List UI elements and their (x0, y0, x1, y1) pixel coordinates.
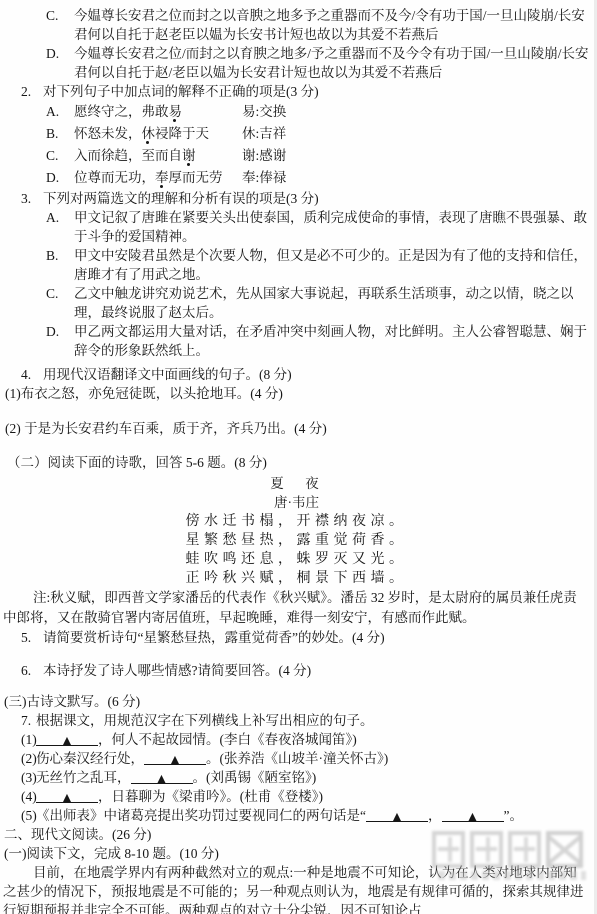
option-text: 甲乙两文都运用大量对话，在矛盾冲突中刻画人物，对比鲜明。主人公睿智聪慧、娴于辞令… (74, 324, 587, 358)
exam-page: C.今媪尊长安君之位而封之以音腴之地多予之重器而不及今/令有功于国/一旦山陵崩/… (0, 0, 597, 914)
option-label: B. (46, 123, 74, 145)
item-post: 。(张养浩《山坡羊·潼关怀古》) (206, 751, 388, 766)
q2-stem: 2.对下列句子中加点词的解释不正确的项是(3 分) (3, 82, 590, 101)
item-post: 。(刘禹锡《陋室铭》) (193, 770, 317, 785)
item-label: (1) (21, 730, 36, 749)
q4-stem: 4.用现代汉语翻译文中面画线的句子。(8 分) (3, 365, 590, 384)
q6-stem: 6.本诗抒发了诗人哪些情感?请简要回答。(4 分) (3, 661, 590, 680)
q7-item-4: (4)▲，日暮聊为《梁甫吟》。(杜甫《登楼》) (3, 787, 590, 806)
question-number: 6. (21, 661, 43, 680)
clause-post: 厚而无劳 (169, 170, 223, 185)
q4-part-1: (1)布衣之怒，亦免冠徒既，以头抢地耳。(4 分) (3, 384, 590, 403)
item-label: (4) (21, 787, 36, 806)
triangle-placeholder-icon: ▲ (157, 772, 165, 785)
option-label: C. (46, 284, 74, 303)
answer-blank: ▲ (131, 768, 193, 784)
question-text: 下列对两篇选文的理解和分析有误的项是(3 分) (43, 191, 319, 206)
option-label: D. (46, 322, 74, 341)
q5-stem: 5.请简要赏析诗句“星繁愁昼热，露重觉荷香”的妙处。(4 分) (3, 628, 590, 647)
q3-option-d: D.甲乙两文都运用大量对话，在矛盾冲突中刻画人物，对比鲜明。主人公睿智聪慧、娴于… (3, 322, 590, 360)
option-text: 今媪尊长安君之位而封之以音腴之地多予之重器而不及今/令有功于国/一旦山陵崩/长安… (74, 8, 585, 42)
q7-item-3: (3)无丝竹之乱耳，▲。(刘禹锡《陋室铭》) (3, 768, 590, 787)
option-clause: 入而徐趋，至而自谢 (74, 145, 242, 167)
reading-paragraph: 目前，在地震学界内有两种截然对立的观点:一种是地震不可知论，认为在人类对地球内部… (3, 863, 590, 914)
option-label: C. (46, 145, 74, 167)
option-text: 甲文中安陵君虽然是个次要人物，但又是必不可少的。正是因为有了他的支持和信任，唐雎… (74, 248, 587, 282)
option-clause: 愿终守之，弗敢易 (74, 101, 242, 123)
q7-stem: 7.根据课文，用规范汉字在下列横线上补写出相应的句子。 (3, 711, 590, 730)
clause-post: 祲降于天 (155, 126, 209, 141)
option-clause: 怀怒未发，休祲降于天 (74, 123, 242, 145)
answer-blank: ▲ (36, 730, 98, 746)
q3-stem: 3.下列对两篇选文的理解和分析有误的项是(3 分) (3, 189, 590, 208)
question-text: 用现代汉语翻译文中面画线的句子。(8 分) (43, 367, 292, 382)
q7-item-5: (5)《出师表》中诸葛亮提出奖功罚过要视同仁的两句话是“▲，▲”。 (3, 806, 590, 825)
item-pre: 无丝竹之乱耳， (36, 770, 131, 785)
item-label: (5) (21, 806, 36, 825)
q3-option-a: A.甲文记叙了唐雎在紧要关头出使泰国，质利完成使命的事情，表现了唐瞧不畏强暴、敢… (3, 208, 590, 246)
section-ii-heading: 二、现代文阅读。(26 分) (3, 825, 590, 844)
q1-option-c: C.今媪尊长安君之位而封之以音腴之地多予之重器而不及今/令有功于国/一旦山陵崩/… (3, 6, 590, 44)
exam-content: C.今媪尊长安君之位而封之以音腴之地多予之重器而不及今/令有功于国/一旦山陵崩/… (3, 6, 590, 914)
poem-author: 唐·韦庄 (3, 493, 590, 512)
item-mid: ， (428, 808, 442, 823)
triangle-placeholder-icon: ▲ (393, 810, 401, 823)
question-number: 4. (21, 365, 43, 384)
dotted-word: 易 (169, 104, 183, 119)
option-text: 甲文记叙了唐雎在紧要关头出使泰国，质利完成使命的事情，表现了唐瞧不畏强暴、敢于斗… (74, 210, 587, 244)
word-gloss: 奉:俸禄 (242, 170, 286, 185)
triangle-placeholder-icon: ▲ (63, 791, 71, 804)
dotted-word: 奉 (155, 170, 169, 185)
section-3-heading: (三)古诗文默写。(6 分) (3, 692, 590, 711)
section-2-heading: （二）阅读下面的诗歌，回答 5-6 题。(8 分) (3, 453, 590, 472)
dotted-word: 休 (142, 126, 156, 141)
option-label: A. (46, 101, 74, 123)
option-text: 今媪尊长安君之位/而封之以育腴之地多/予之重器而不及今令有功于国/一旦山陵崩/长… (74, 46, 589, 80)
answer-blank: ▲ (36, 787, 98, 803)
clause-pre: 入而徐趋，至而自 (74, 148, 182, 163)
item-post: ”。 (504, 808, 524, 823)
question-text: 根据课文，用规范汉字在下列横线上补写出相应的句子。 (36, 713, 374, 728)
option-label: D. (46, 167, 74, 189)
answer-blank: ▲ (366, 806, 428, 822)
item-label: (2) (21, 749, 36, 768)
clause-pre: 怀怒未发， (74, 126, 142, 141)
clause-pre: 位尊而无功， (74, 170, 155, 185)
answer-blank: ▲ (442, 806, 504, 822)
item-pre: 伤心秦汉经行处， (36, 751, 144, 766)
poem-line: 正吟秋兴赋，桐景下西墙。 (3, 569, 590, 588)
part-text: 布衣之怒，亦免冠徒既，以头抢地耳。(4 分) (21, 386, 283, 401)
triangle-placeholder-icon: ▲ (171, 753, 179, 766)
item-label: (3) (21, 768, 36, 787)
q4-part-2: (2) 于是为长安君约车百乘，质于齐，齐兵乃出。(4 分) (3, 419, 590, 438)
item-post: ，日暮聊为《梁甫吟》。(杜甫《登楼》) (98, 789, 323, 804)
part-label: (2) (5, 421, 21, 436)
clause-pre: 愿终守之，弗敢 (74, 104, 169, 119)
q7-item-1: (1)▲，何人不起故园情。(李白《春夜洛城闻笛》) (3, 730, 590, 749)
question-text: 本诗抒发了诗人哪些情感?请简要回答。(4 分) (43, 663, 311, 678)
triangle-placeholder-icon: ▲ (468, 810, 476, 823)
poem-line: 傍水迁书榻，开襟纳夜凉。 (3, 512, 590, 531)
option-text: 乙文中触龙讲究劝说艺术，先从国家大事说起，再联系生活琐事，动之以情，晓之以理，最… (74, 286, 574, 320)
poem-note: 注:秋义赋，即西普文学家潘岳的代表作《秋兴赋》。潘岳 32 岁时，是太尉府的属员… (3, 588, 590, 628)
option-clause: 位尊而无功，奉厚而无劳 (74, 167, 242, 189)
answer-blank: ▲ (144, 749, 206, 765)
word-gloss: 谢:感谢 (242, 148, 286, 163)
option-label: C. (46, 6, 74, 25)
poem-line: 蛙吹鸣还息，蛛罗灭又光。 (3, 550, 590, 569)
item-post: ，何人不起故园情。(李白《春夜洛城闻笛》) (98, 732, 357, 747)
poem-line: 星繁愁昼热，露重觉荷香。 (3, 531, 590, 550)
poem-title: 夏 夜 (3, 474, 590, 493)
q1-option-d: D.今媪尊长安君之位/而封之以育腴之地多/予之重器而不及今令有功于国/一旦山陵崩… (3, 44, 590, 82)
question-text: 请简要赏析诗句“星繁愁昼热，露重觉荷香”的妙处。(4 分) (43, 630, 385, 645)
q3-option-c: C.乙文中触龙讲究劝说艺术，先从国家大事说起，再联系生活琐事，动之以情，晓之以理… (3, 284, 590, 322)
dotted-word: 谢 (182, 148, 196, 163)
option-label: A. (46, 208, 74, 227)
part-label: (1) (5, 386, 21, 401)
word-gloss: 易:交换 (242, 104, 286, 119)
item-pre: 《出师表》中诸葛亮提出奖功罚过要视同仁的两句话是“ (36, 808, 366, 823)
question-number: 7. (21, 711, 36, 730)
q3-option-b: B.甲文中安陵君虽然是个次要人物，但又是必不可少的。正是因为有了他的支持和信任，… (3, 246, 590, 284)
reading-i-heading: (一)阅读下文，完成 8-10 题。(10 分) (3, 844, 590, 863)
option-label: B. (46, 246, 74, 265)
question-number: 3. (21, 189, 43, 208)
question-number: 2. (21, 82, 43, 101)
q2-option-c: C.入而徐趋，至而自谢谢:感谢 (3, 145, 590, 167)
q2-option-b: B.怀怒未发，休祲降于天休:吉祥 (3, 123, 590, 145)
word-gloss: 休:吉祥 (242, 126, 286, 141)
q2-option-d: D.位尊而无功，奉厚而无劳奉:俸禄 (3, 167, 590, 189)
question-number: 5. (21, 628, 43, 647)
part-text: 于是为长安君约车百乘，质于齐，齐兵乃出。(4 分) (21, 421, 327, 436)
q7-item-2: (2)伤心秦汉经行处，▲。(张养浩《山坡羊·潼关怀古》) (3, 749, 590, 768)
question-text: 对下列句子中加点词的解释不正确的项是(3 分) (43, 84, 319, 99)
triangle-placeholder-icon: ▲ (63, 734, 71, 747)
option-label: D. (46, 44, 74, 63)
q2-option-a: A.愿终守之，弗敢易易:交换 (3, 101, 590, 123)
